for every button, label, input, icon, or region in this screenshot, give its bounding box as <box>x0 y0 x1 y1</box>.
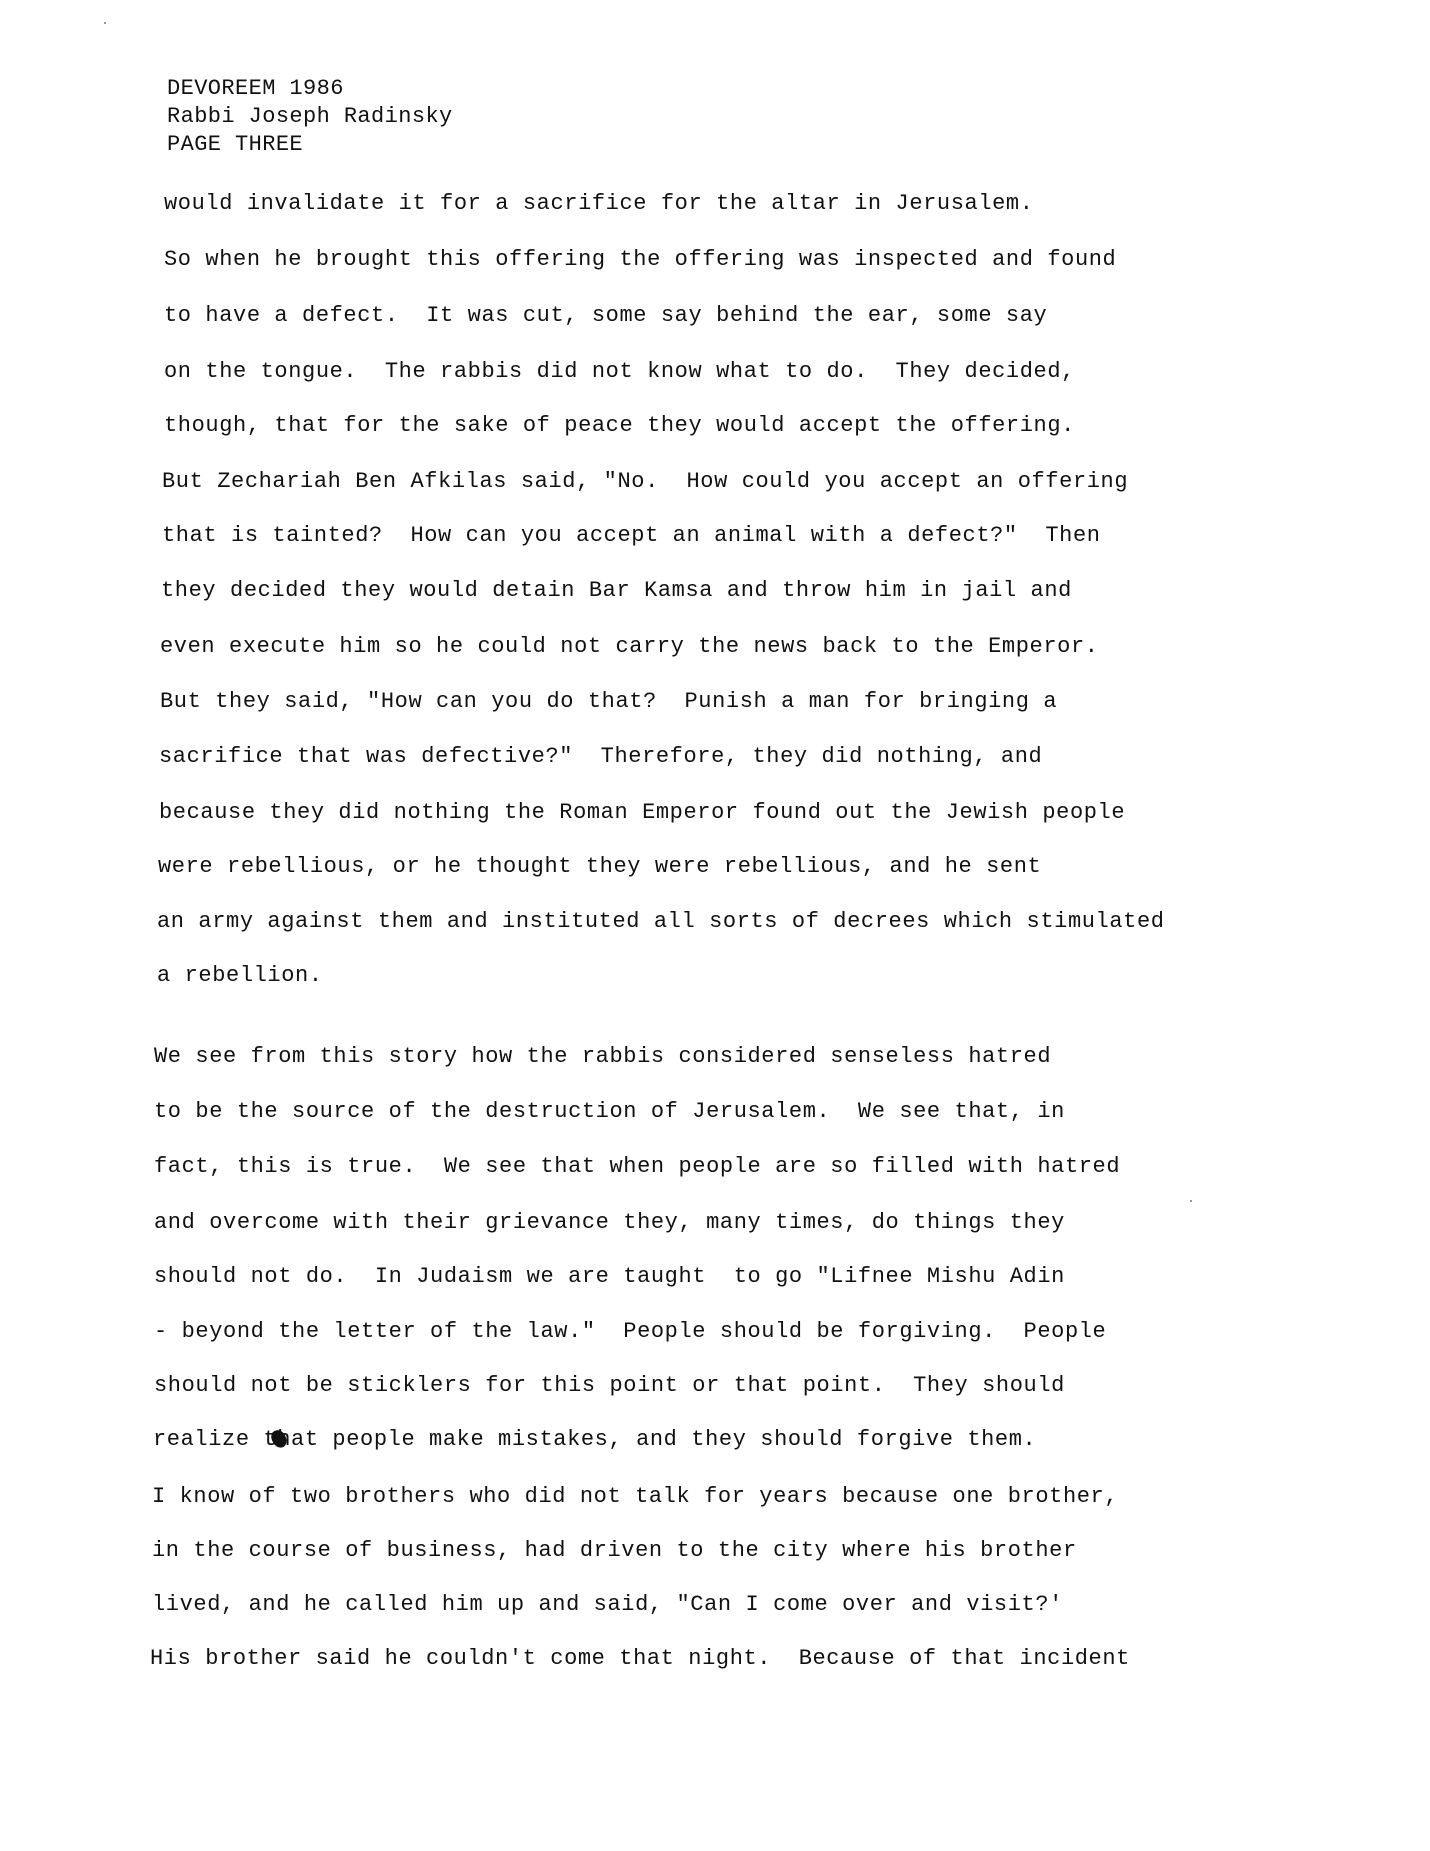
text-line: an army against them and instituted all … <box>157 908 1165 936</box>
page-label: PAGE THREE <box>167 131 453 159</box>
text-line: lived, and he called him up and said, "C… <box>152 1591 1063 1619</box>
text-line: in the course of business, had driven to… <box>152 1537 1077 1565</box>
text-line: to be the source of the destruction of J… <box>154 1098 1065 1126</box>
text-line: even execute him so he could not carry t… <box>160 633 1099 661</box>
text-line: were rebellious, or he thought they were… <box>158 853 1041 881</box>
text-line: to have a defect. It was cut, some say b… <box>164 302 1047 330</box>
text-line: sacrifice that was defective?" Therefore… <box>159 743 1042 771</box>
text-line: would invalidate it for a sacrifice for … <box>164 190 1034 218</box>
text-line: because they did nothing the Roman Emper… <box>159 799 1125 827</box>
text-line: But they said, "How can you do that? Pun… <box>160 688 1057 716</box>
text-line: should not be sticklers for this point o… <box>154 1372 1065 1400</box>
text-line: His brother said he couldn't come that n… <box>150 1645 1130 1673</box>
text-line: I know of two brothers who did not talk … <box>152 1483 1118 1511</box>
text-line: But Zechariah Ben Afkilas said, "No. How… <box>162 468 1128 496</box>
document-header: DEVOREEM 1986 Rabbi Joseph Radinsky PAGE… <box>167 75 453 159</box>
text-line: they decided they would detain Bar Kamsa… <box>161 577 1072 605</box>
text-line: that is tainted? How can you accept an a… <box>162 522 1101 550</box>
document-author: Rabbi Joseph Radinsky <box>167 103 453 131</box>
text-line: a rebellion. <box>157 962 323 990</box>
text-line: and overcome with their grievance they, … <box>154 1209 1065 1237</box>
text-line: though, that for the sake of peace they … <box>164 412 1075 440</box>
text-line: We see from this story how the rabbis co… <box>154 1043 1051 1071</box>
document-title: DEVOREEM 1986 <box>167 75 453 103</box>
scan-speck <box>1190 1200 1192 1202</box>
text-line: on the tongue. The rabbis did not know w… <box>164 358 1075 386</box>
text-line: - beyond the letter of the law." People … <box>154 1318 1106 1346</box>
text-line: should not do. In Judaism we are taught … <box>154 1263 1065 1291</box>
text-line: So when he brought this offering the off… <box>164 246 1116 274</box>
document-page: DEVOREEM 1986 Rabbi Joseph Radinsky PAGE… <box>0 0 1430 1851</box>
scan-speck <box>104 22 106 24</box>
text-line: fact, this is true. We see that when peo… <box>154 1153 1120 1181</box>
